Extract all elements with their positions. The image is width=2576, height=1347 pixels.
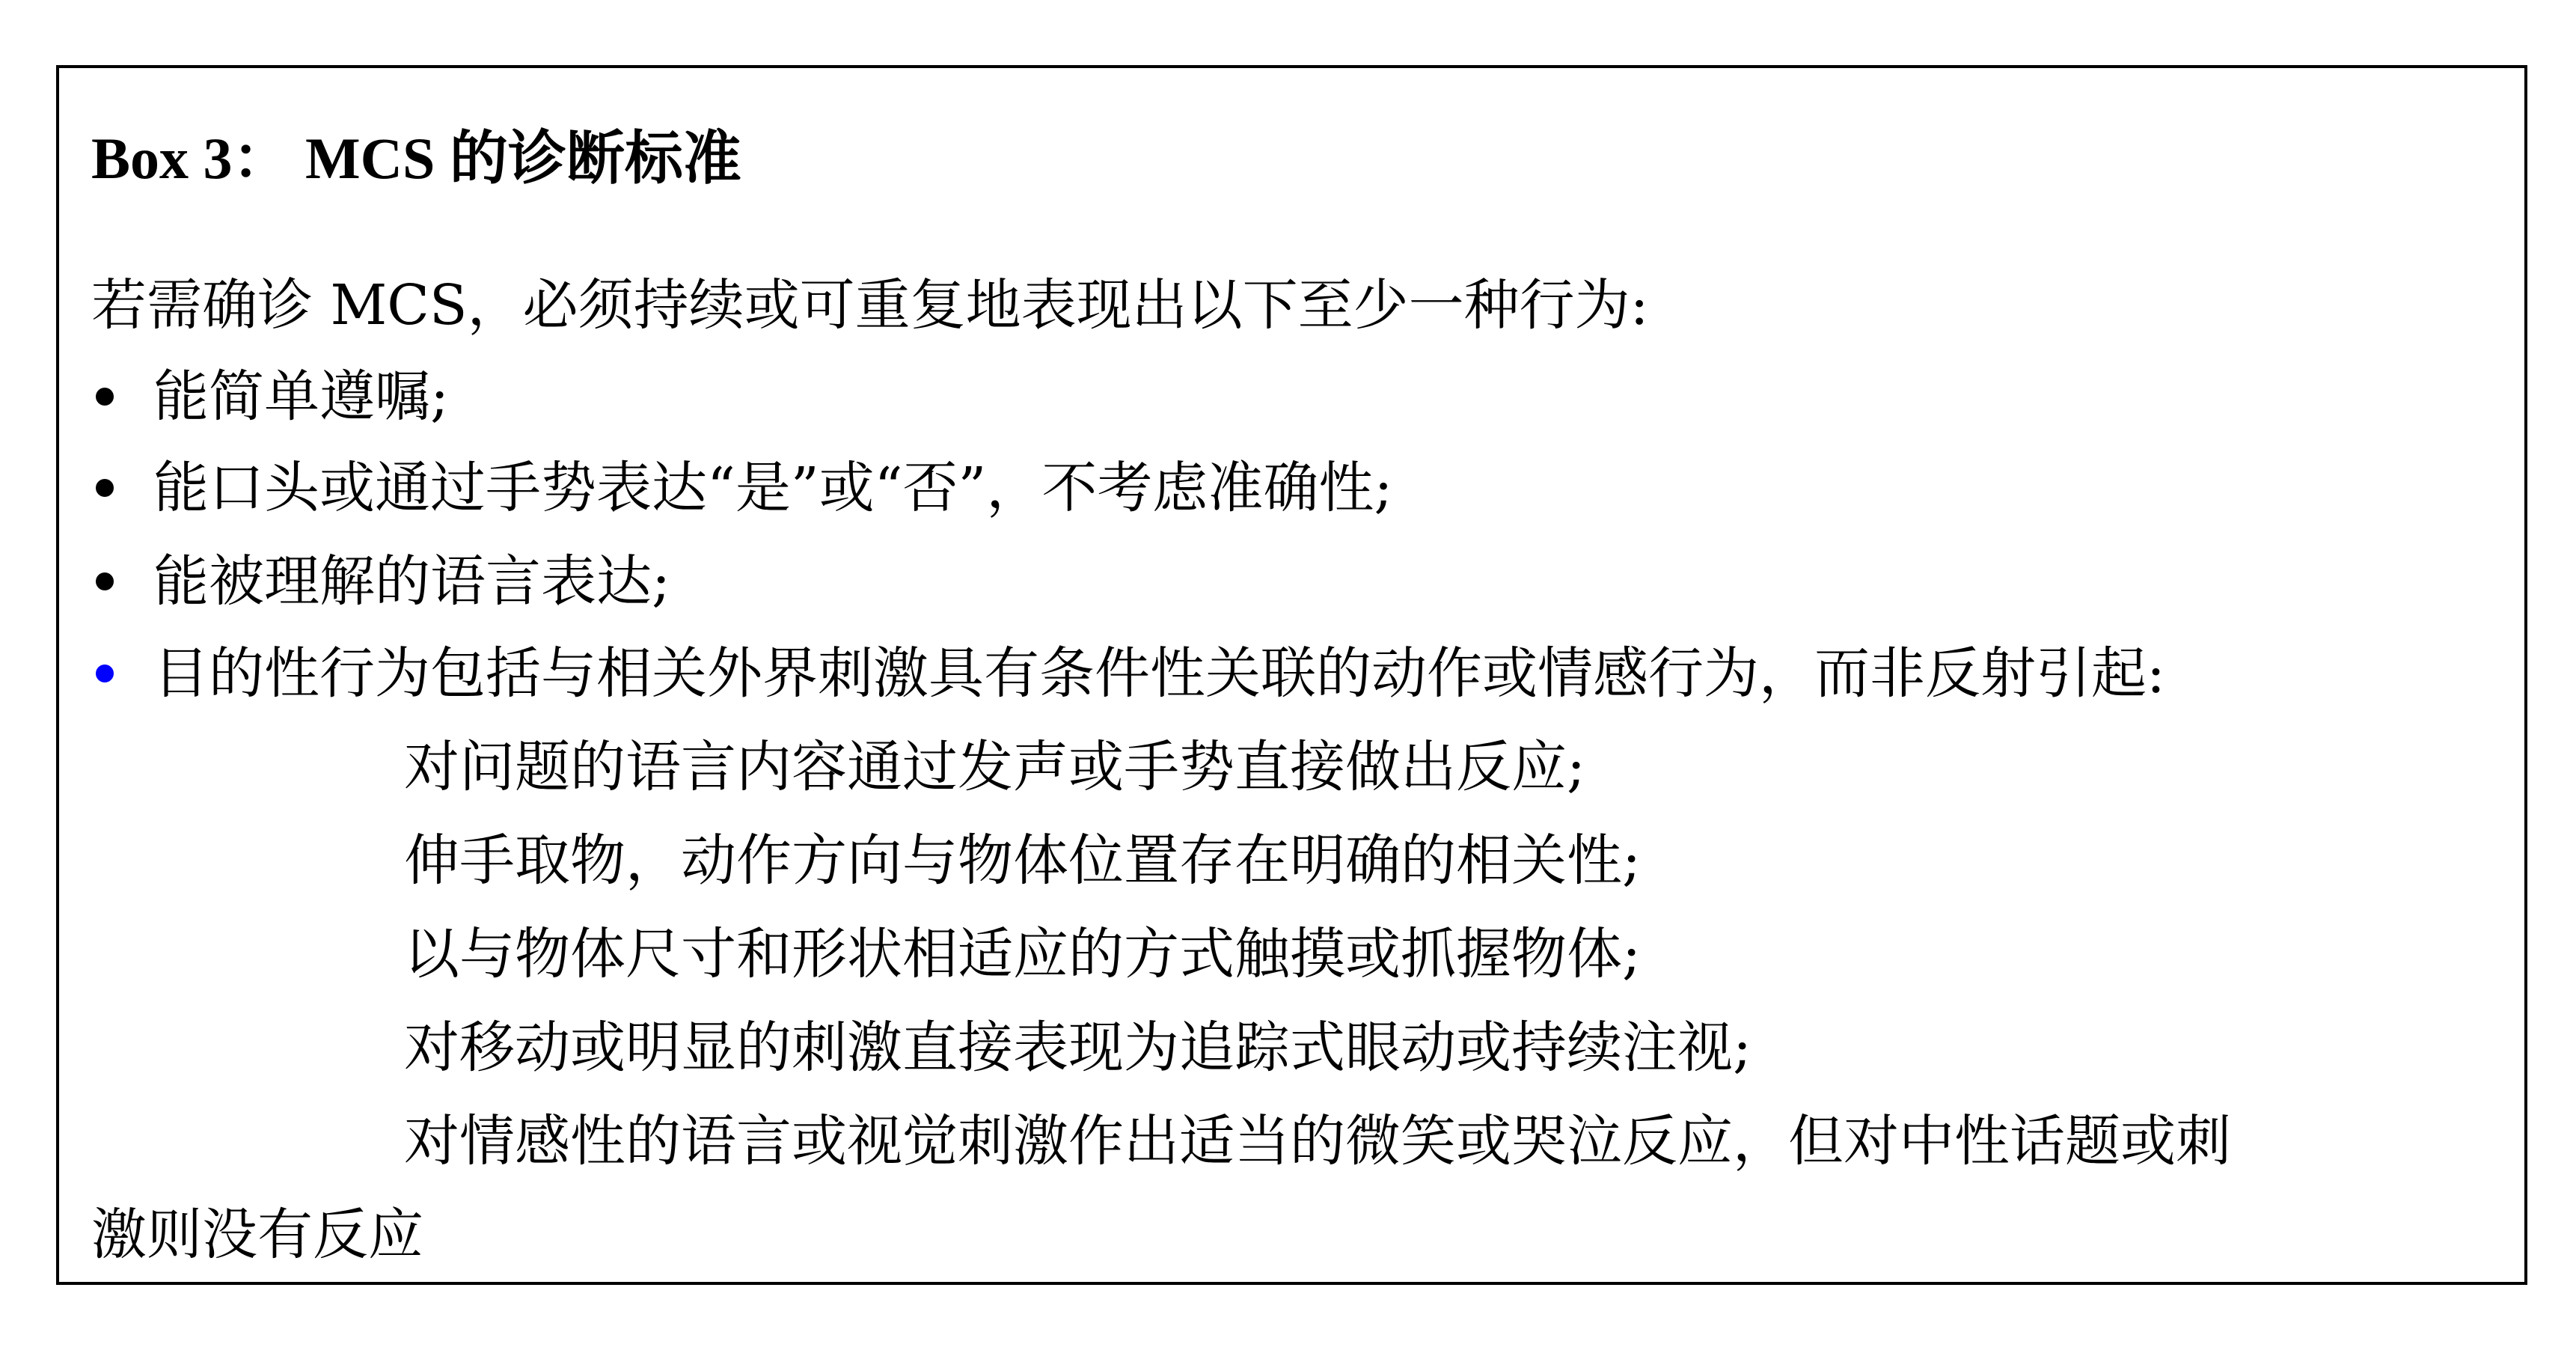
intro-text: 若需确诊 MCS，必须持续或可重复地表现出以下至少一种行为:	[91, 268, 1649, 343]
box-title: Box 3： MCS 的诊断标准	[91, 121, 741, 196]
sub-item: 伸手取物，动作方向与物体位置存在明确的相关性;	[404, 823, 1641, 898]
bullet-dot-blue-icon	[96, 665, 114, 682]
bullet-item: 目的性行为包括与相关外界刺激具有条件性关联的动作或情感行为，而非反射引起:	[153, 636, 2165, 711]
bullet-item: 能口头或通过手势表达“是”或“否”，不考虑准确性;	[153, 450, 1392, 525]
sub-item: 对问题的语言内容通过发声或手势直接做出反应;	[404, 730, 1585, 804]
bullet-item: 能简单遵嘱;	[153, 359, 449, 434]
sub-item: 对移动或明显的刺激直接表现为追踪式眼动或持续注视;	[404, 1010, 1752, 1085]
bullet-dot-icon	[96, 479, 114, 497]
sub-item: 对情感性的语言或视觉刺激作出适当的微笑或哭泣反应，但对中性话题或刺	[404, 1104, 2231, 1179]
sub-item: 以与物体尺寸和形状相适应的方式触摸或抓握物体;	[404, 917, 1641, 992]
sub-item-continuation: 激则没有反应	[91, 1197, 423, 1272]
bullet-dot-icon	[96, 388, 114, 406]
bullet-item: 能被理解的语言表达;	[153, 544, 670, 619]
bullet-dot-icon	[96, 572, 114, 590]
